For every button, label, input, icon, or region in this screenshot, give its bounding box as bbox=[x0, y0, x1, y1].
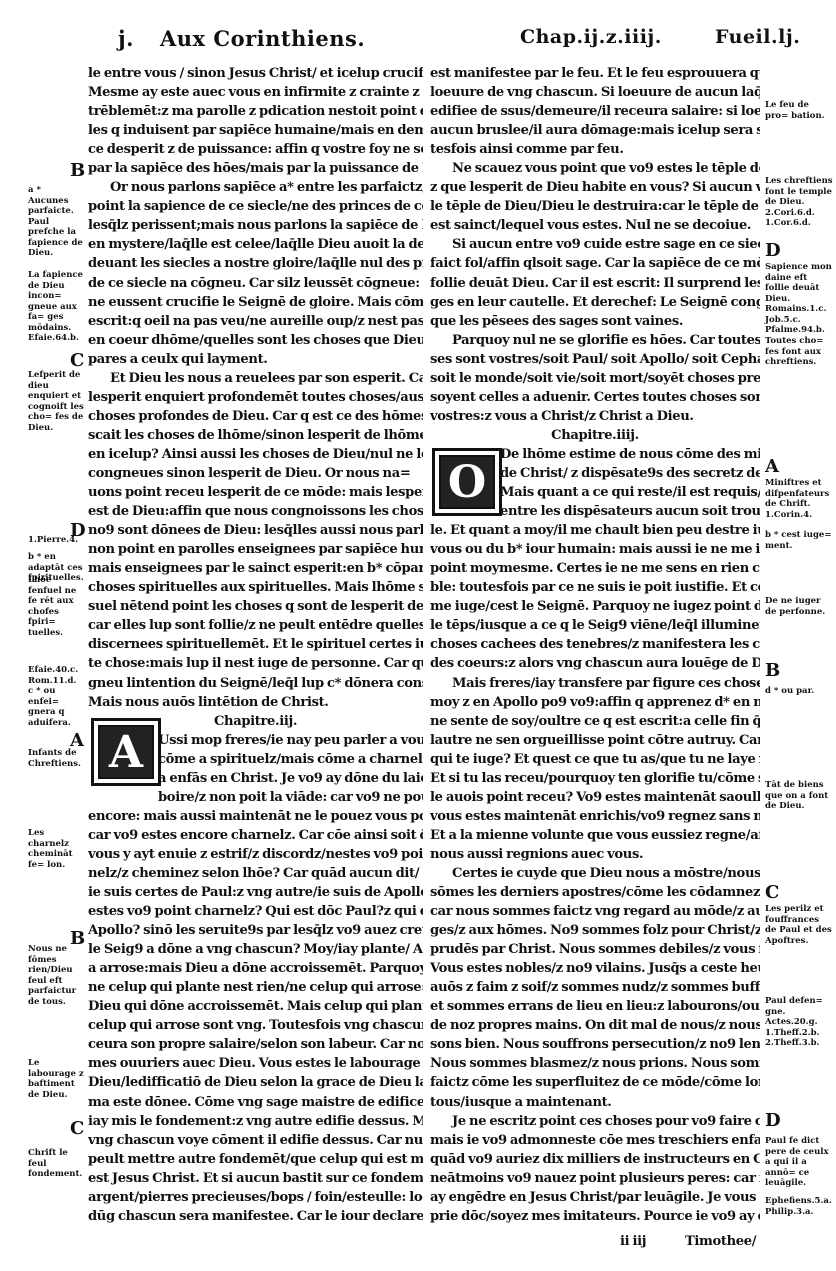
text-line: celup qui arrose sont vng. Toutesfois vn… bbox=[88, 1016, 423, 1035]
text-line: auōs z faim z soif/z sommes nudz/z somme… bbox=[430, 978, 760, 997]
text-line: car nous sommes faictz vng regard au mōd… bbox=[430, 902, 760, 921]
text-line: Dieu qui dōne accroissemēt. Mais celup q… bbox=[88, 997, 423, 1016]
text-line: loeuure de vng chascun. Si loeuure de au… bbox=[430, 83, 760, 102]
text-line: prudēs par Christ. Nous sommes debiles/z… bbox=[430, 940, 760, 959]
text-line: me iuge/cest le Seignē. Parquoy ne iugez… bbox=[430, 597, 760, 616]
text-line: encore: mais aussi maintenāt ne le pouez… bbox=[88, 807, 423, 826]
text-line: le auois point receu? Vo9 estes maintenā… bbox=[430, 788, 760, 807]
text-line: lautre ne sen orgueillisse point cōtre a… bbox=[430, 731, 760, 750]
text-line: Mais freres/iay transfere par figure ces… bbox=[430, 674, 760, 693]
decorated-initial-A: A bbox=[91, 718, 161, 786]
margin-note: Les charnelz chemināt fe= lon. bbox=[28, 828, 84, 870]
text-line: ble: toutesfois par ce ne suis ie poit i… bbox=[430, 578, 760, 597]
text-line: nous aussi regnions auec vous. bbox=[430, 845, 760, 864]
text-line: suel nētend point les choses q sont de l… bbox=[88, 597, 423, 616]
text-line: en icelup? Ainsi aussi les choses de Die… bbox=[88, 445, 423, 464]
left-text-column: le entre vous / sinon Jesus Christ/ et i… bbox=[88, 64, 423, 1226]
text-line: discernees spirituellemēt. Et le spiritu… bbox=[88, 635, 423, 654]
margin-note: Paul defen= gne. Actes.20.g. 1.Theff.2.b… bbox=[765, 996, 833, 1049]
text-line: est manifestee par le feu. Et le feu esp… bbox=[430, 64, 760, 83]
text-line: ne sente de soy/oultre ce q est escrit:a… bbox=[430, 712, 760, 731]
text-line: et sommes errans de lieu en lieu:z labou… bbox=[430, 997, 760, 1016]
text-line: ne eussent crucifie le Seignē de gloire.… bbox=[88, 293, 423, 312]
text-line: sōmes les derniers apostres/cōme les cōd… bbox=[430, 883, 760, 902]
text-line: Apollo? sinō les seruite9s par lesq̄lz v… bbox=[88, 921, 423, 940]
margin-note: La fapience de Dieu incon= gneue aux fa=… bbox=[28, 270, 84, 344]
text-line: tesfois ainsi comme par feu. bbox=[430, 140, 760, 159]
text-line: est de Dieu:affin que nous congnoissons … bbox=[88, 502, 423, 521]
text-line: des coeurs:z alors vng chascun aura louē… bbox=[430, 654, 760, 673]
text-line: Si aucun entre vo9 cuide estre sage en c… bbox=[430, 235, 760, 254]
text-line: pares a ceulx qui layment. bbox=[88, 350, 423, 369]
text-line: faict fol/affin qlsoit sage. Car la sapi… bbox=[430, 254, 760, 273]
text-line: sons bien. Nous souffrons persecution/z … bbox=[430, 1035, 760, 1054]
text-line: mes ouuriers auec Dieu. Vous estes le la… bbox=[88, 1054, 423, 1073]
text-line: soyent celles a aduenir. Certes toutes c… bbox=[430, 388, 760, 407]
text-line: Ne scauez vous point que vo9 estes le tē… bbox=[430, 159, 760, 178]
section-letter: D bbox=[765, 240, 781, 261]
margin-note: Sapience mon daine eft follie deuāt Dieu… bbox=[765, 262, 833, 336]
text-line: par la sapiēce des hōes/mais par la puis… bbox=[88, 159, 423, 178]
text-line: moy z en Apollo po9 vo9:affin q apprenez… bbox=[430, 693, 760, 712]
section-letter: B bbox=[765, 660, 780, 681]
text-line: dūg chascun sera manifestee. Car le iour… bbox=[88, 1207, 423, 1226]
margin-note: De ne iuger de perfonne. bbox=[765, 596, 833, 617]
text-line: non point en parolles enseignees par sap… bbox=[88, 540, 423, 559]
text-line: tous/iusque a maintenant. bbox=[430, 1093, 760, 1112]
text-line: neātmoins vo9 nauez point plusieurs pere… bbox=[430, 1169, 760, 1188]
text-line: quād vo9 auriez dix milliers de instruct… bbox=[430, 1150, 760, 1169]
text-line: ce desperit z de puissance: affin q vost… bbox=[88, 140, 423, 159]
text-line: trēblemēt:z ma parolle z pdication nesto… bbox=[88, 102, 423, 121]
text-line: deuant les siecles a nostre gloire/laq̄l… bbox=[88, 254, 423, 273]
text-line: choses profondes de Dieu. Car q est ce d… bbox=[88, 407, 423, 426]
text-line: lesperit enquiert profondemēt toutes cho… bbox=[88, 388, 423, 407]
text-line: vng chascun voye cōment il edifie dessus… bbox=[88, 1131, 423, 1150]
section-letter: D bbox=[765, 1110, 781, 1131]
margin-note: d * ou par. bbox=[765, 686, 833, 697]
text-line: le Seig9 a dōne a vng chascun? Moy/iay p… bbox=[88, 940, 423, 959]
text-line: Mesme ay este auec vous en infirmite z c… bbox=[88, 83, 423, 102]
text-line: ses sont vostres/soit Paul/ soit Apollo/… bbox=[430, 350, 760, 369]
margin-note: Chrift le feul fondement. bbox=[28, 1148, 84, 1180]
text-line: Mais nous auōs lintētion de Christ. bbox=[88, 693, 423, 712]
text-line: de noz propres mains. On dit mal de nous… bbox=[430, 1016, 760, 1035]
text-line: gneu lintention du Seignē/leq̄l lup c* d… bbox=[88, 674, 423, 693]
text-line: vostres:z vous a Christ/z Christ a Dieu. bbox=[430, 407, 760, 426]
margin-note: b * cest iuge= ment. bbox=[765, 530, 833, 551]
signature-mark: ii iij bbox=[620, 1232, 646, 1251]
text-line: z que lesperit de Dieu habite en vous? S… bbox=[430, 178, 760, 197]
text-line: ne celup qui plante nest rien/ne celup q… bbox=[88, 978, 423, 997]
section-letter: C bbox=[765, 882, 779, 903]
text-line: ie suis certes de Paul:z vng autre/ie su… bbox=[88, 883, 423, 902]
text-line: Parquoy nul ne se glorifie es hōes. Car … bbox=[430, 331, 760, 350]
text-line: nelz/z cheminez selon lhōe? Car quād auc… bbox=[88, 864, 423, 883]
text-line: Dieu/ledifficatiō de Dieu selon la grace… bbox=[88, 1073, 423, 1092]
text-line: uons point receu lesperit de ce mōde: ma… bbox=[88, 483, 423, 502]
text-line: car vo9 estes encore charnelz. Car cōe a… bbox=[88, 826, 423, 845]
text-line: a arrose:mais Dieu a dōne accroissemēt. … bbox=[88, 959, 423, 978]
text-line: est Jesus Christ. Et si aucun bastit sur… bbox=[88, 1169, 423, 1188]
margin-note: Tāt de biens que on a font de Dieu. bbox=[765, 780, 833, 812]
text-line: Et Dieu les nous a reuelees par son espe… bbox=[88, 369, 423, 388]
text-line: ay engēdre en Jesus Christ/par leuāgile.… bbox=[430, 1188, 760, 1207]
section-letter: C bbox=[70, 1118, 84, 1139]
text-line: te chose:mais lup il nest iuge de person… bbox=[88, 654, 423, 673]
margin-note: Nous ne fōmes rien/Dieu feul eft parfaic… bbox=[28, 944, 84, 1007]
text-line: vous estes maintenāt enrichis/vo9 regnez… bbox=[430, 807, 760, 826]
text-line: est sainct/lequel vous estes. Nul ne se … bbox=[430, 216, 760, 235]
folio-number-left: j. bbox=[118, 26, 134, 51]
text-line: le entre vous / sinon Jesus Christ/ et i… bbox=[88, 64, 423, 83]
text-line: iay mis le fondement:z vng autre edifie … bbox=[88, 1112, 423, 1131]
margin-note: Toutes cho= fes font aux chreftiens. bbox=[765, 336, 833, 368]
section-letter: A bbox=[765, 456, 779, 477]
text-line: scait les choses de lhōme/sinon lesperit… bbox=[88, 426, 423, 445]
margin-note: Lefperit de dieu enquiert et cognoift le… bbox=[28, 370, 84, 433]
text-line: les q induisent par sapiēce humaine/mais… bbox=[88, 121, 423, 140]
margin-note: Infants de Chreftiens. bbox=[28, 748, 84, 769]
text-line: ceura son propre salaire/selon son labeu… bbox=[88, 1035, 423, 1054]
text-line: en coeur dhōme/quelles sont les choses q… bbox=[88, 331, 423, 350]
running-title: Aux Corinthiens. bbox=[160, 26, 365, 51]
text-line: mais ie vo9 admonneste cōe mes treschier… bbox=[430, 1131, 760, 1150]
text-line: que les pēsees des sages sont vaines. bbox=[430, 312, 760, 331]
text-line: argent/pierres precieuses/bops / foin/es… bbox=[88, 1188, 423, 1207]
margin-note: a * Aucunes parfaicte. Paul prefche la f… bbox=[28, 185, 84, 259]
text-line: vous ou du b* iour humain: mais aussi ie… bbox=[430, 540, 760, 559]
text-line: lesq̄lz perissent;mais nous parlons la s… bbox=[88, 216, 423, 235]
text-line: Certes ie cuyde que Dieu nous a mōstre/n… bbox=[430, 864, 760, 883]
text-line: boire/z non poit la viāde: car vo9 ne po… bbox=[88, 788, 423, 807]
text-line: ges/z aux hōmes. No9 sommes folz pour Ch… bbox=[430, 921, 760, 940]
text-line: car elles lup sont follie/z ne peult ent… bbox=[88, 616, 423, 635]
text-line: Je ne escritz point ces choses pour vo9 … bbox=[430, 1112, 760, 1131]
text-line: soit le monde/soit vie/soit mort/soyēt c… bbox=[430, 369, 760, 388]
margin-note: Paul fe dict pere de ceulx a qui il a an… bbox=[765, 1136, 833, 1189]
text-line: no9 sont dōnees de Dieu: lesq̄lles aussi… bbox=[88, 521, 423, 540]
folio-number: Fueil.lj. bbox=[715, 26, 800, 48]
text-line: prie dōc/soyez mes imitateurs. Pource ie… bbox=[430, 1207, 760, 1226]
right-text-column: est manifestee par le feu. Et le feu esp… bbox=[430, 64, 760, 1226]
text-line: peult mettre autre fondemēt/que celup qu… bbox=[88, 1150, 423, 1169]
margin-note: 1.Pierre.4. bbox=[28, 535, 84, 546]
decorated-initial-O: O bbox=[432, 448, 502, 516]
text-line: ges en leur cautelle. Et derechef: Le Se… bbox=[430, 293, 760, 312]
margin-note: Le feu de pro= bation. bbox=[765, 100, 833, 121]
chapter-heading: Chapitre.iiij. bbox=[430, 426, 760, 445]
section-letter: B bbox=[70, 160, 85, 181]
text-line: follie deuāt Dieu. Car il est escrit: Il… bbox=[430, 274, 760, 293]
margin-note: Efaie.40.c. Rom.11.d. c * ou enfei= gner… bbox=[28, 665, 84, 728]
text-line: Et a la mienne volunte que vous eussiez … bbox=[430, 826, 760, 845]
catchword: Timothee/ bbox=[685, 1232, 756, 1251]
text-line: aucun bruslee/il aura dōmage:mais icelup… bbox=[430, 121, 760, 140]
text-line: vous y ayt enuie z estrif/z discordz/nes… bbox=[88, 845, 423, 864]
text-line: point moymesme. Certes ie ne me sens en … bbox=[430, 559, 760, 578]
text-line: le. Et quant a moy/il me chault bien peu… bbox=[430, 521, 760, 540]
text-line: choses spirituelles aux spirituelles. Ma… bbox=[88, 578, 423, 597]
text-line: congneues sinon lesperit de Dieu. Or nou… bbox=[88, 464, 423, 483]
text-line: ma este dōnee. Cōme vng sage maistre de … bbox=[88, 1093, 423, 1112]
text-line: le tēps/iusque a ce q le Seig9 viēne/leq… bbox=[430, 616, 760, 635]
text-line: Vous estes nobles/z no9 vilains. Jusq̄s … bbox=[430, 959, 760, 978]
text-line: edifiee de ssus/demeure/il receura salai… bbox=[430, 102, 760, 121]
text-line: point la sapience de ce siecle/ne des pr… bbox=[88, 197, 423, 216]
text-line: faictz cōme les superfluitez de ce mōde/… bbox=[430, 1073, 760, 1092]
margin-note: Lhōe fenfuel ne fe rēt aux chofes fpiri=… bbox=[28, 575, 84, 638]
text-line: Nous sommes blasmez/z nous prions. Nous … bbox=[430, 1054, 760, 1073]
text-line: choses cachees des tenebres/z manifester… bbox=[430, 635, 760, 654]
margin-note: Le labourage z baftiment de Dieu. bbox=[28, 1058, 84, 1100]
text-line: de ce siecle na cōgneu. Car silz leussēt… bbox=[88, 274, 423, 293]
text-line: le tēple de Dieu/Dieu le destruira:car l… bbox=[430, 197, 760, 216]
margin-note: Ephefiens.5.a. Philip.3.a. bbox=[765, 1196, 833, 1217]
margin-note: Les chreftiens font le temple de Dieu. 2… bbox=[765, 176, 833, 229]
section-letter: C bbox=[70, 350, 84, 371]
margin-note: Les perilz et fouffrances de Paul et des… bbox=[765, 904, 833, 946]
text-line: Or nous parlons sapiēce a* entre les par… bbox=[88, 178, 423, 197]
chapter-reference: Chap.ij.z.iiij. bbox=[520, 26, 662, 48]
text-line: mais enseignees par le sainct esperit:en… bbox=[88, 559, 423, 578]
text-line: escrit:q oeil na pas veu/ne aureille oup… bbox=[88, 312, 423, 331]
text-line: qui te iuge? Et quest ce que tu as/que t… bbox=[430, 750, 760, 769]
text-line: estes vo9 point charnelz? Qui est dōc Pa… bbox=[88, 902, 423, 921]
margin-note: Miniftres et difpenfateurs de Chrift. 1.… bbox=[765, 478, 833, 520]
text-line: Et si tu las receu/pourquoy ten glorifie… bbox=[430, 769, 760, 788]
text-line: en mystere/laq̄lle est celee/laq̄lle Die… bbox=[88, 235, 423, 254]
